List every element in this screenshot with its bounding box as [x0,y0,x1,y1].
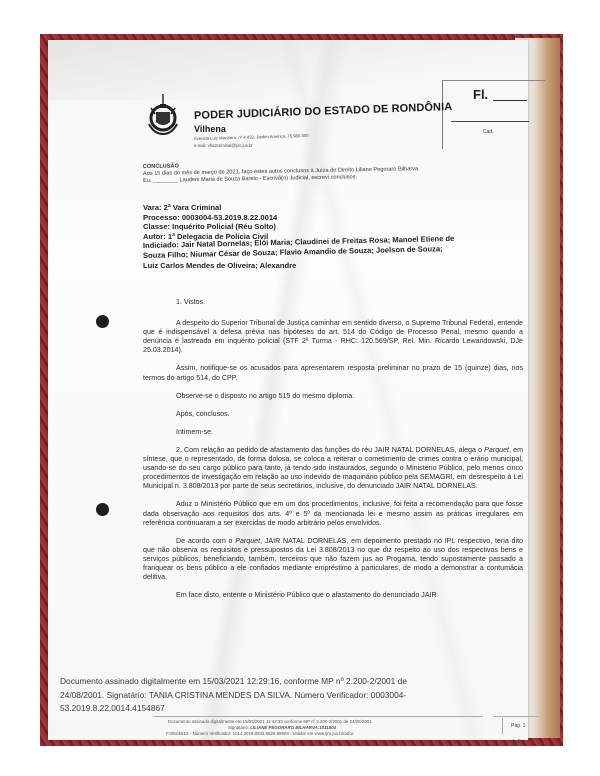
digital-signature-overlay: Documento assinado digitalmente em 15/03… [60,675,530,716]
conclusion-title: CONCLUSÃO [143,163,179,170]
case-vara: Vara: 2ª Vara Criminal [143,203,533,213]
case-number: Processo: 0003004-53.2019.8.22.0014 [143,213,533,223]
folio-stamp-box: Fl. Cad. [442,80,545,149]
paragraph: Em face disto, entente o Ministério Públ… [143,591,523,600]
document-page: Fl. Cad. PODER JUDICIÁRIO DO ESTADO DE R… [48,40,528,740]
text-run: 2. Com relação ao pedido de afastamento … [176,446,484,454]
paragraph: Intimem-se. [143,428,523,437]
decision-body: 1. Vistos. A despeito do Superior Tribun… [143,298,523,609]
footer-signed-note: Documento assinado digitalmente em 15/03… [168,719,373,724]
cad-label: Cad. [483,129,494,135]
paragraph: Observe-se o disposto no artigo 515 do m… [143,392,523,401]
punch-hole-icon [96,503,109,516]
case-class: Classe: Inquérito Policial (Réu Solto) [143,222,533,232]
document-photo: Fl. Cad. PODER JUDICIÁRIO DO ESTADO DE R… [40,34,563,746]
footer-signer: Signatário: LILIANE PEGORARO BILHARVA:10… [228,725,336,730]
court-address: Avenida Luiz Mazziero, nº 4.432, Jardim … [194,133,309,141]
paragraph: De acordo com o Parquet, JAIR NATAL DORN… [143,537,523,582]
case-metadata: Vara: 2ª Vara Criminal Processo: 0003004… [143,203,533,270]
text-run: De acordo com o [176,537,235,545]
folio-blank [493,100,527,101]
paragraph: Assim, notifique-se os acusados para apr… [143,364,523,382]
paragraph: 2. Com relação ao pedido de afastamento … [143,446,523,491]
institution-title: PODER JUDICIÁRIO DO ESTADO DE RONDÔNIA [194,101,453,122]
signature-line: 53.2019.8.22.0014.4154867 [60,702,530,716]
punch-hole-icon [96,315,109,328]
signature-line: Documento assinado digitalmente em 15/03… [60,675,530,689]
coat-of-arms-icon [146,94,180,136]
paragraph: Após, conclusos. [143,410,523,419]
signer-label: Signatário: [228,725,249,730]
conclusion-block: CONCLUSÃO Aos 15 dias do mês de março de… [143,159,420,185]
text-italic: Parquet [235,537,260,545]
signature-line [451,121,529,122]
section-vistos: 1. Vistos. [143,298,523,307]
folio-label: Fl. [473,87,488,102]
footer-verifier: F.I0524B1X - Número Verificador: 1014.20… [166,731,354,736]
signer-name: LILIANE PEGORARO BILHARVA:1011804 [250,725,336,730]
page-box-line [493,716,538,717]
signature-line: 24/08/2001. Signatário: TANIA CRISTINA M… [60,689,530,703]
paragraph: Aduz o Ministério Público que em um dos … [143,500,523,527]
text-italic: Parquet [484,446,509,454]
case-defendants: Luiz Carlos Mendes de Oliveira; Alexandr… [143,261,533,271]
page-number: Pág. 1 de 2 [502,718,528,734]
court-city: Vilhena [194,124,226,134]
court-email: e-mail: vha2criminal@tjro.jus.br [194,143,253,148]
paragraph: A despeito do Superior Tribunal de Justi… [143,319,523,355]
